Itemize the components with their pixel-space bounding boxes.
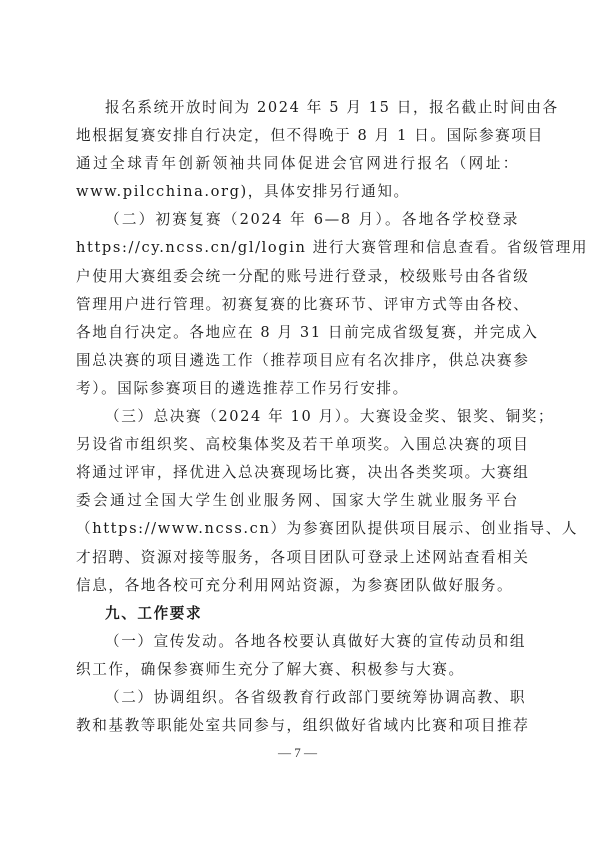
text-line: 另设省市组织奖、高校集体奖及若干单项奖。入围总决赛的项目 xyxy=(76,431,519,459)
text-line: 地根据复赛安排自行决定，但不得晚于 8 月 1 日。国际参赛项目 xyxy=(76,122,519,150)
text-line: （一）宣传发动。各地各校要认真做好大赛的宣传动员和组 xyxy=(76,628,519,656)
text-line: （二）协调组织。各省级教育行政部门要统筹协调高教、职 xyxy=(76,684,519,712)
text-line: 信息，各地各校可充分利用网站资源，为参赛团队做好服务。 xyxy=(76,572,519,600)
text-line: 围总决赛的项目遴选工作（推荐项目应有名次排序，供总决赛参 xyxy=(76,347,519,375)
text-line: 委会通过全国大学生创业服务网、国家大学生就业服务平台 xyxy=(76,487,519,515)
text-line: 考）。国际参赛项目的遴选推荐工作另行安排。 xyxy=(76,375,519,403)
text-line: https://cy.ncss.cn/gl/login 进行大赛管理和信息查看。… xyxy=(76,234,519,262)
text-line: 通过全球青年创新领袖共同体促进会官网进行报名（网址： xyxy=(76,150,519,178)
text-line: 织工作，确保参赛师生充分了解大赛、积极参与大赛。 xyxy=(76,656,519,684)
text-line: 才招聘、资源对接等服务，各项目团队可登录上述网站查看相关 xyxy=(76,544,519,572)
text-line: 将通过评审，择优进入总决赛现场比赛，决出各类奖项。大赛组 xyxy=(76,459,519,487)
text-line: 报名系统开放时间为 2024 年 5 月 15 日，报名截止时间由各 xyxy=(76,94,519,122)
text-line: （https://www.ncss.cn）为参赛团队提供项目展示、创业指导、人 xyxy=(76,515,519,543)
section-heading: 九、工作要求 xyxy=(76,600,519,628)
document-body: 报名系统开放时间为 2024 年 5 月 15 日，报名截止时间由各 地根据复赛… xyxy=(76,94,519,740)
document-page: 报名系统开放时间为 2024 年 5 月 15 日，报名截止时间由各 地根据复赛… xyxy=(0,0,595,841)
text-line: 各地自行决定。各地应在 8 月 31 日前完成省级复赛，并完成入 xyxy=(76,319,519,347)
text-line: 户使用大赛组委会统一分配的账号进行登录，校级账号由各省级 xyxy=(76,263,519,291)
text-line: 教和基教等职能处室共同参与，组织做好省域内比赛和项目推荐 xyxy=(76,712,519,740)
page-number: — 7 — xyxy=(0,745,595,761)
text-line: （三）总决赛（2024 年 10 月）。大赛设金奖、银奖、铜奖； xyxy=(76,403,519,431)
text-line: （二）初赛复赛（2024 年 6—8 月）。各地各学校登录 xyxy=(76,206,519,234)
text-line: 管理用户进行管理。初赛复赛的比赛环节、评审方式等由各校、 xyxy=(76,291,519,319)
text-line: www.pilcchina.org)，具体安排另行通知。 xyxy=(76,178,519,206)
